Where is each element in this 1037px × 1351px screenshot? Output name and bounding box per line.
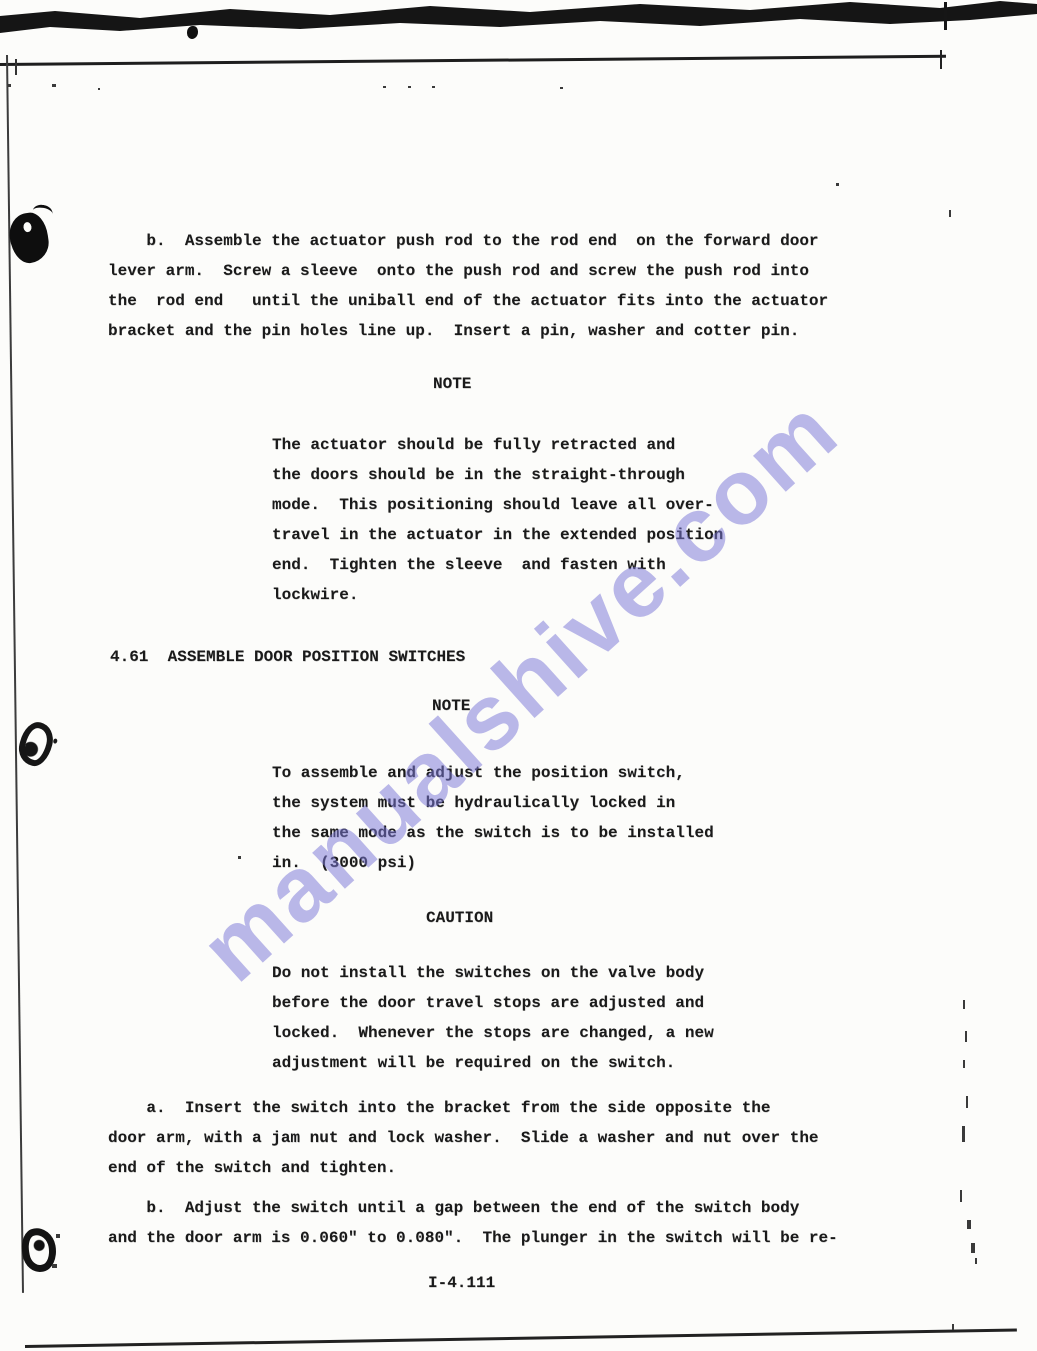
scan-speck [962,1126,965,1142]
scan-speck [963,1000,965,1009]
scan-speck [52,1264,57,1268]
scan-speck [836,183,839,186]
scan-speck [965,1031,967,1042]
paragraph-a-switch: a. Insert the switch into the bracket fr… [108,1093,819,1183]
scanned-manual-page: b. Assemble the actuator push rod to the… [0,0,1037,1351]
scan-speck [56,1234,60,1238]
ink-stain [7,211,52,266]
ink-stain [15,719,57,769]
footer-rule [25,1329,1017,1348]
caution-heading: CAUTION [426,903,493,933]
caution-body: Do not install the switches on the valve… [272,958,714,1078]
scan-speck [408,86,411,88]
scan-speck [238,856,241,859]
scan-speck [963,1060,965,1068]
note-heading-1: NOTE [433,369,471,399]
scan-speck [960,1190,962,1202]
scan-mark [15,59,17,75]
scan-speck [383,86,386,88]
header-rule [0,55,946,66]
scan-speck [975,1258,977,1264]
page-number: I-4.111 [428,1268,495,1298]
paragraph-b-actuator: b. Assemble the actuator push rod to the… [108,226,828,346]
scan-top-edge-band [0,0,1037,36]
scan-speck [560,87,563,89]
scan-speck [432,86,435,88]
scan-speck [98,88,100,90]
scan-speck [967,1220,971,1229]
scan-mark [944,2,947,30]
scan-speck [952,1324,954,1330]
ink-spot [187,26,198,39]
section-heading-4-61: 4.61 ASSEMBLE DOOR POSITION SWITCHES [110,642,465,672]
scan-speck [966,1096,968,1108]
scan-speck [8,84,11,87]
scan-speck [52,84,56,87]
scan-mark [940,50,942,69]
scan-speck [971,1243,975,1253]
scan-speck [949,210,951,217]
paragraph-b-switch: b. Adjust the switch until a gap between… [108,1193,838,1253]
